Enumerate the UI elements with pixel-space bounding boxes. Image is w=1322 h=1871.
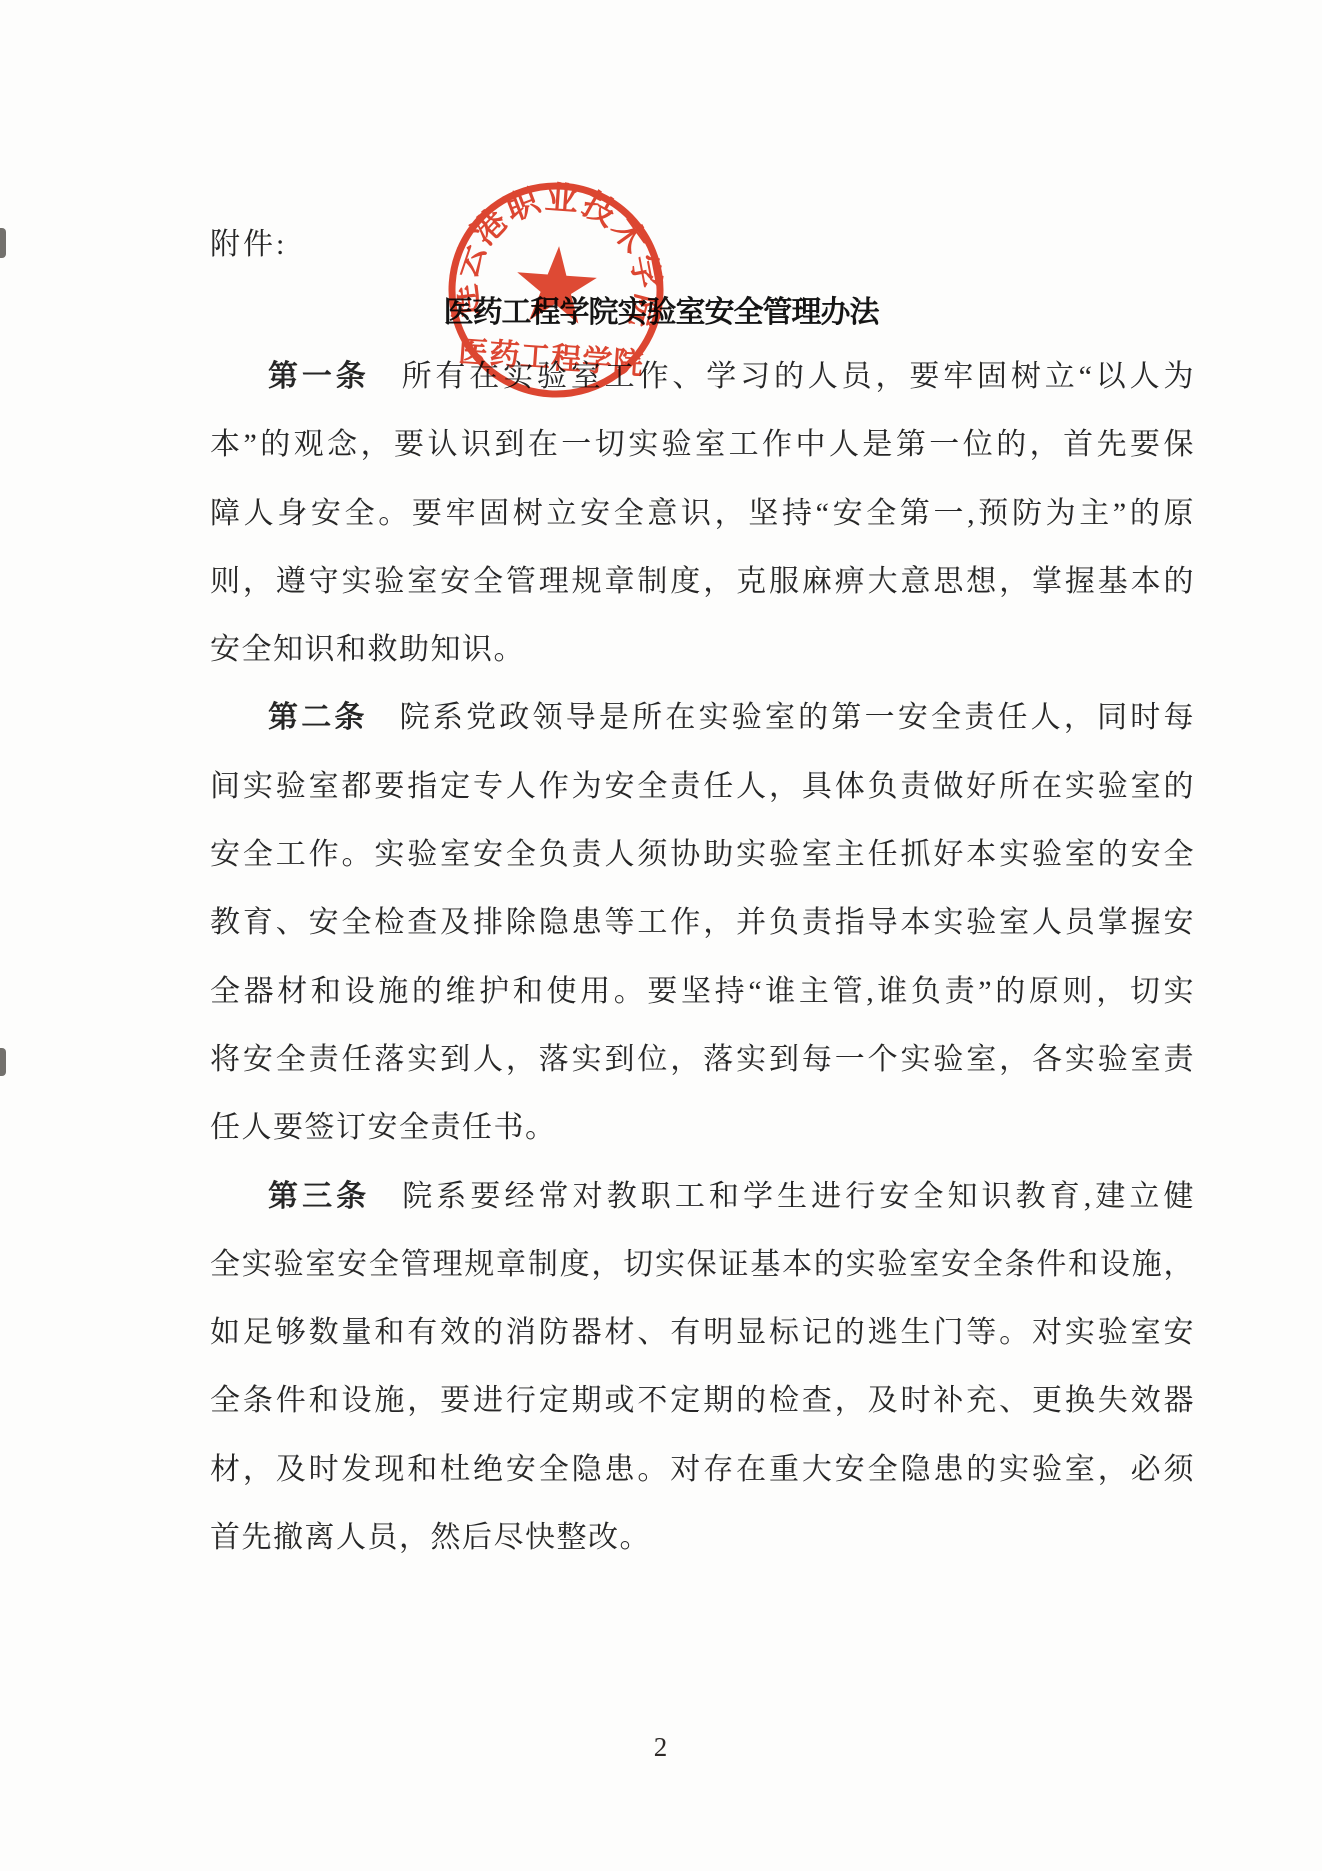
doc-line-text: 院系党政领导是所在实验室的第一安全责任人，同时每 <box>400 701 1195 734</box>
doc-line: 第二条院系党政领导是所在实验室的第一安全责任人，同时每 <box>210 684 1195 752</box>
attachment-label: 附件: <box>210 219 287 263</box>
scan-artifact <box>0 228 6 258</box>
doc-line: 安全工作。实验室安全负责人须协助实验室主任抓好本实验室的安全 <box>210 821 1195 889</box>
article-number: 第一条 <box>268 360 370 393</box>
scan-artifact <box>0 1048 6 1076</box>
doc-line: 全条件和设施，要进行定期或不定期的检查，及时补充、更换失效器 <box>210 1367 1195 1435</box>
doc-line: 本”的观念，要认识到在一切实验室工作中人是第一位的，首先要保 <box>210 411 1195 479</box>
doc-line-text: 院系要经常对教职工和学生进行安全知识教育,建立健 <box>402 1180 1195 1213</box>
page-title: 医药工程学院实验室安全管理办法 <box>0 287 1322 331</box>
doc-line: 教育、安全检查及排除隐患等工作，并负责指导本实验室人员掌握安 <box>210 889 1195 957</box>
article-number: 第三条 <box>268 1180 370 1213</box>
doc-line-text: 教育、安全检查及排除隐患等工作，并负责指导本实验室人员掌握安 <box>210 906 1195 939</box>
doc-line-text: 间实验室都要指定专人作为安全责任人，具体负责做好所在实验室的 <box>210 770 1195 803</box>
page-number: 2 <box>0 1732 1322 1763</box>
doc-line: 全器材和设施的维护和使用。要坚持“谁主管,谁负责”的原则，切实 <box>210 958 1195 1026</box>
doc-line-text: 全器材和设施的维护和使用。要坚持“谁主管,谁负责”的原则，切实 <box>210 975 1195 1008</box>
doc-line-text: 全条件和设施，要进行定期或不定期的检查，及时补充、更换失效器 <box>210 1384 1195 1417</box>
doc-line-text: 任人要签订安全责任书。 <box>210 1111 557 1144</box>
doc-line-text: 则，遵守实验室安全管理规章制度，克服麻痹大意思想，掌握基本的 <box>210 565 1195 598</box>
doc-line-text: 材，及时发现和杜绝安全隐患。对存在重大安全隐患的实验室，必须 <box>210 1453 1195 1486</box>
doc-line-text: 如足够数量和有效的消防器材、有明显标记的逃生门等。对实验室安 <box>210 1316 1195 1349</box>
doc-line: 全实验室安全管理规章制度，切实保证基本的实验室安全条件和设施， <box>210 1231 1195 1299</box>
doc-line-text: 将安全责任落实到人，落实到位，落实到每一个实验室，各实验室责 <box>210 1043 1195 1076</box>
doc-line: 则，遵守实验室安全管理规章制度，克服麻痹大意思想，掌握基本的 <box>210 548 1195 616</box>
doc-line-text: 本”的观念，要认识到在一切实验室工作中人是第一位的，首先要保 <box>210 428 1195 461</box>
doc-line-text: 首先撤离人员，然后尽快整改。 <box>210 1521 651 1554</box>
doc-line-text: 安全知识和救助知识。 <box>210 633 525 666</box>
doc-line: 安全知识和救助知识。 <box>210 616 1195 684</box>
doc-line: 如足够数量和有效的消防器材、有明显标记的逃生门等。对实验室安 <box>210 1299 1195 1367</box>
doc-line-text: 全实验室安全管理规章制度，切实保证基本的实验室安全条件和设施， <box>210 1248 1195 1281</box>
doc-line: 第一条所有在实验室工作、学习的人员，要牢固树立“以人为 <box>210 343 1195 411</box>
doc-line: 将安全责任落实到人，落实到位，落实到每一个实验室，各实验室责 <box>210 1026 1195 1094</box>
doc-line-text: 所有在实验室工作、学习的人员，要牢固树立“以人为 <box>402 360 1195 393</box>
doc-line-text: 障人身安全。要牢固树立安全意识，坚持“安全第一,预防为主”的原 <box>210 497 1195 530</box>
document-page: 附件: 医药工程学院实验室安全管理办法 第一条所有在实验室工作、学习的人员，要牢… <box>0 0 1322 1871</box>
document-body: 第一条所有在实验室工作、学习的人员，要牢固树立“以人为 本”的观念，要认识到在一… <box>210 343 1195 1572</box>
doc-line: 间实验室都要指定专人作为安全责任人，具体负责做好所在实验室的 <box>210 753 1195 821</box>
doc-line: 障人身安全。要牢固树立安全意识，坚持“安全第一,预防为主”的原 <box>210 480 1195 548</box>
doc-line: 材，及时发现和杜绝安全隐患。对存在重大安全隐患的实验室，必须 <box>210 1436 1195 1504</box>
doc-line: 首先撤离人员，然后尽快整改。 <box>210 1504 1195 1572</box>
doc-line: 第三条院系要经常对教职工和学生进行安全知识教育,建立健 <box>210 1163 1195 1231</box>
doc-line: 任人要签订安全责任书。 <box>210 1094 1195 1162</box>
doc-line-text: 安全工作。实验室安全负责人须协助实验室主任抓好本实验室的安全 <box>210 838 1195 871</box>
article-number: 第二条 <box>268 701 368 734</box>
